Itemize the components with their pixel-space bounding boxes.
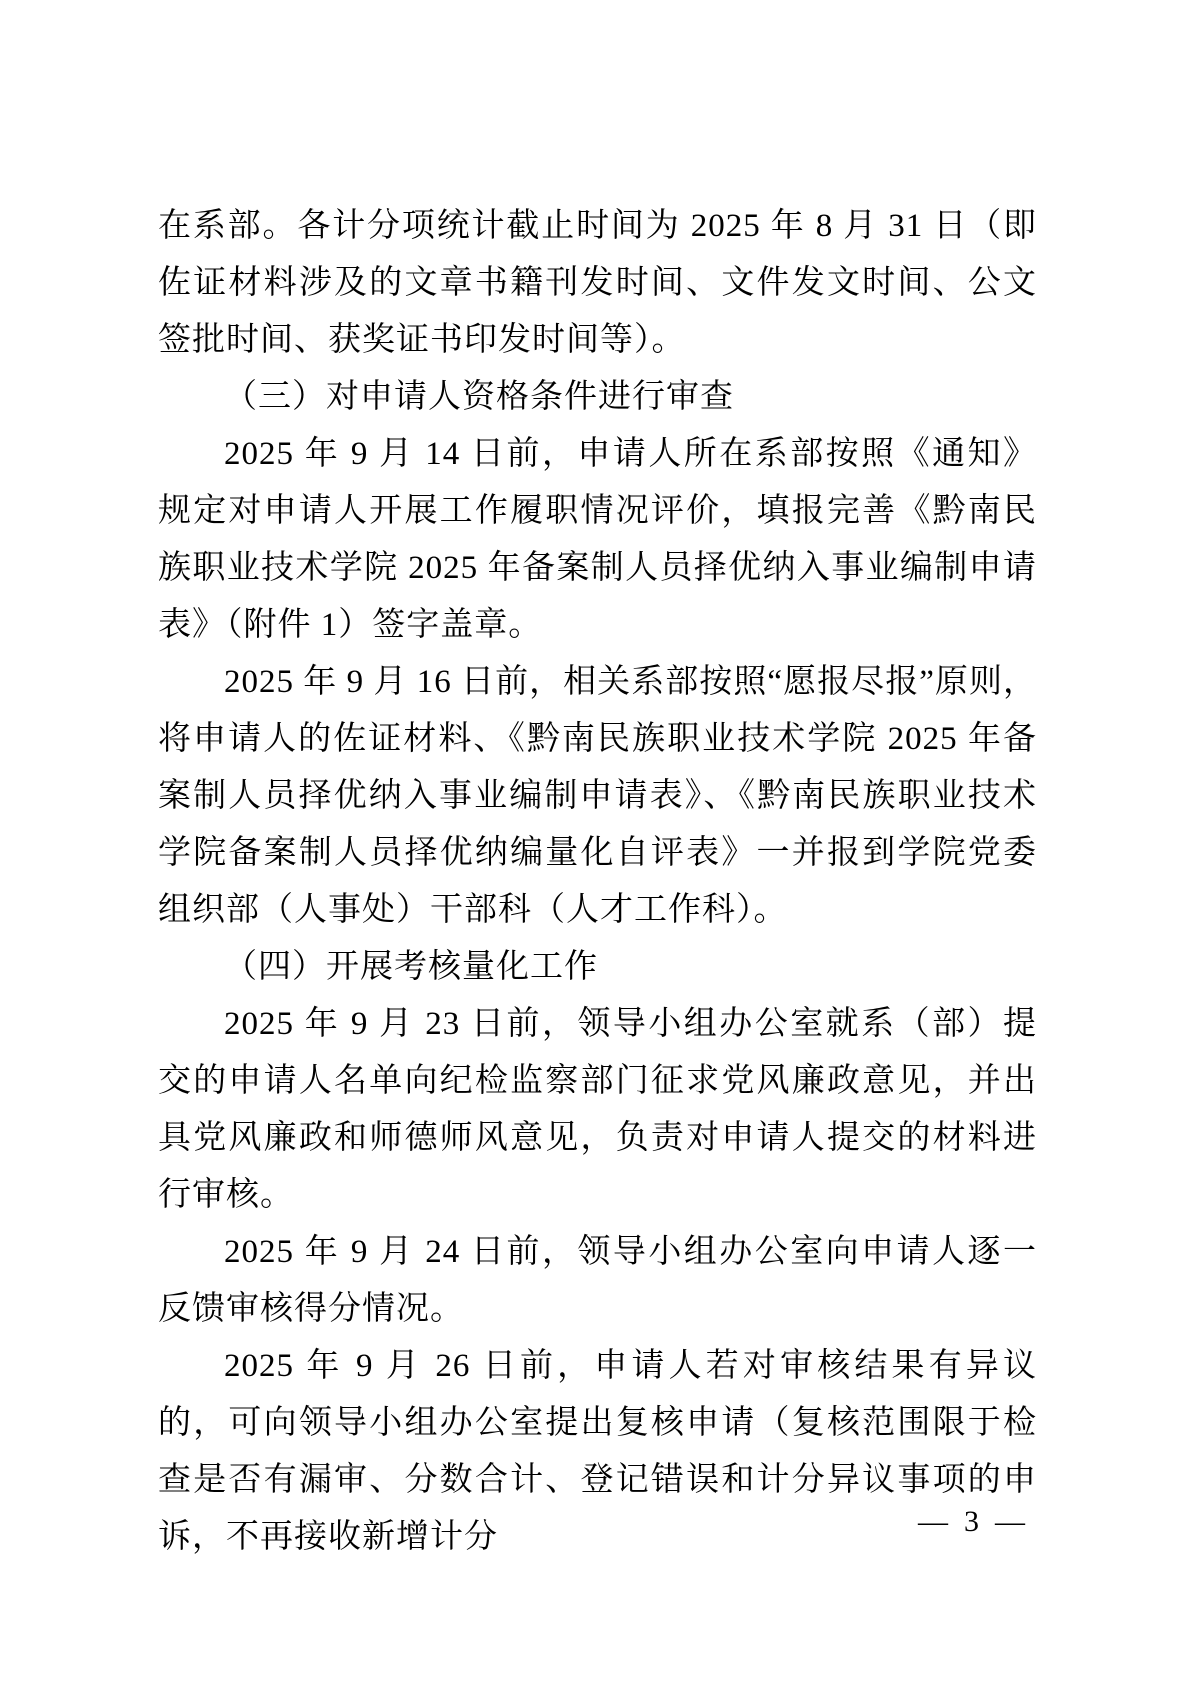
page-number: —3— [904, 1502, 1041, 1542]
document-body: 在系部。各计分项统计截止时间为 2025 年 8 月 31 日（即佐证材料涉及的… [158, 198, 1037, 1566]
page-number-value: 3 [964, 1505, 981, 1538]
paragraph: 2025 年 9 月 16 日前，相关系部按照“愿报尽报”原则，将申请人的佐证材… [158, 654, 1037, 939]
paragraph: 2025 年 9 月 24 日前，领导小组办公室向申请人逐一反馈审核得分情况。 [158, 1224, 1037, 1338]
paragraph: 2025 年 9 月 14 日前，申请人所在系部按照《通知》规定对申请人开展工作… [158, 426, 1037, 654]
paragraph-continuation: 在系部。各计分项统计截止时间为 2025 年 8 月 31 日（即佐证材料涉及的… [158, 198, 1037, 369]
document-page: 在系部。各计分项统计截止时间为 2025 年 8 月 31 日（即佐证材料涉及的… [0, 0, 1191, 1684]
page-number-right-dash: — [981, 1502, 1041, 1542]
section-heading-3: （三）对申请人资格条件进行审查 [158, 369, 1037, 426]
section-heading-4: （四）开展考核量化工作 [158, 939, 1037, 996]
page-number-left-dash: — [904, 1502, 964, 1542]
paragraph: 2025 年 9 月 23 日前，领导小组办公室就系（部）提交的申请人名单向纪检… [158, 996, 1037, 1224]
